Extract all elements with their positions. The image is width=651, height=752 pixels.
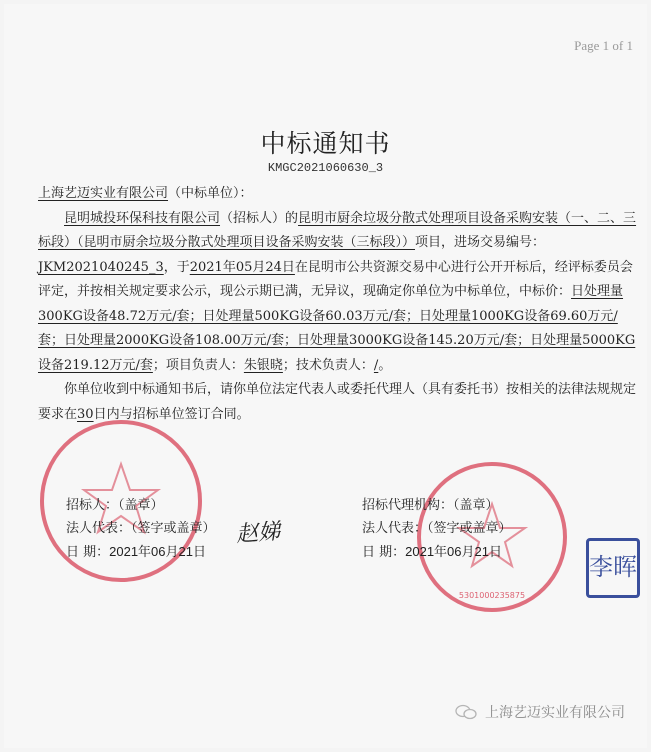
recipient-name: 上海艺迈实业有限公司 bbox=[38, 186, 168, 201]
handwritten-signature: 赵娣 bbox=[235, 515, 281, 549]
open-date: 2021年05月24日 bbox=[190, 260, 295, 275]
trade-number: JKM2021040245_3 bbox=[38, 260, 164, 275]
document-page: Page 1 of 1 中标通知书 KMGC2021060630_3 上海艺迈实… bbox=[4, 4, 647, 748]
page-indicator: Page 1 of 1 bbox=[574, 38, 633, 54]
agency-date: 2021年06月21日 bbox=[405, 544, 502, 559]
personal-seal: 李晖 bbox=[586, 538, 640, 598]
tenderer-signature-block: 招标人：（盖章） 法人代表：（签字或盖章） 日 期：2021年06月21日 bbox=[66, 494, 216, 564]
award-paragraph: 昆明城投环保科技有限公司（招标人）的昆明市厨余垃圾分散式处理项目设备采购安装（一… bbox=[38, 207, 642, 379]
contract-days: 30 bbox=[77, 407, 94, 422]
wechat-icon bbox=[455, 704, 477, 720]
agency-signature-block: 招标代理机构：（盖章） 法人代表：（签字或盖章） 日 期：2021年06月21日 bbox=[362, 494, 512, 564]
tenderer-date: 2021年06月21日 bbox=[109, 544, 206, 559]
document-number: KMGC2021060630_3 bbox=[4, 161, 647, 175]
document-title: 中标通知书 bbox=[4, 124, 647, 160]
tenderer-name: 昆明城投环保科技有限公司 bbox=[64, 211, 220, 226]
watermark: 上海艺迈实业有限公司 bbox=[455, 702, 625, 722]
svg-text:5301000235875: 5301000235875 bbox=[459, 591, 525, 600]
watermark-text: 上海艺迈实业有限公司 bbox=[485, 702, 625, 722]
project-manager: 朱银晓 bbox=[244, 358, 283, 373]
recipient-line: 上海艺迈实业有限公司（中标单位）： bbox=[38, 182, 642, 207]
document-body: 上海艺迈实业有限公司（中标单位）： 昆明城投环保科技有限公司（招标人）的昆明市厨… bbox=[38, 182, 642, 427]
